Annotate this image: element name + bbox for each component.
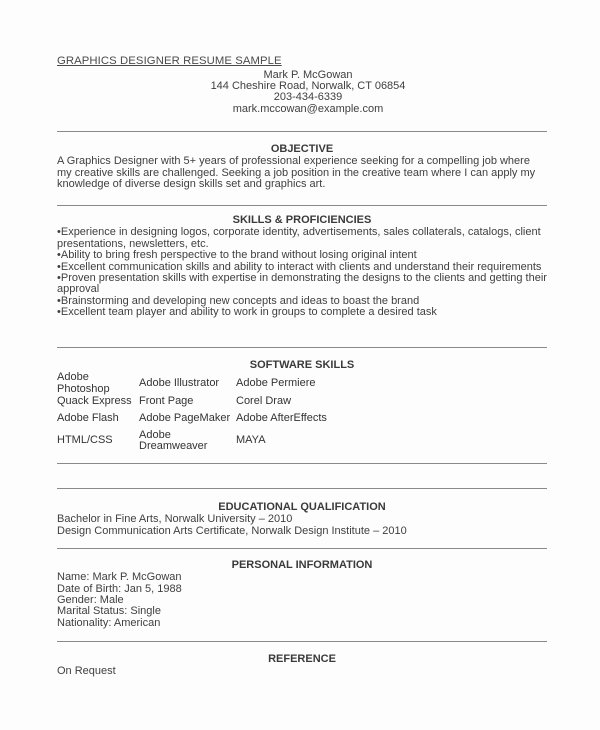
software-row: Quack Express Front Page Corel Draw [57, 395, 327, 408]
software-cell: Adobe Photoshop [57, 372, 139, 394]
divider [57, 205, 547, 206]
software-cell: Adobe PageMaker [139, 408, 236, 430]
personal-item: Marital Status: Single [57, 606, 547, 617]
divider [57, 131, 547, 132]
divider [57, 488, 547, 489]
objective-heading: OBJECTIVE [57, 144, 547, 155]
software-cell: MAYA [236, 430, 327, 452]
software-cell: Adobe Dreamweaver [139, 430, 236, 452]
software-heading: SOFTWARE SKILLS [57, 360, 547, 371]
contact-block: Mark P. McGowan 144 Cheshire Road, Norwa… [63, 70, 553, 115]
education-heading: EDUCATIONAL QUALIFICATION [57, 502, 547, 513]
document-title: GRAPHICS DESIGNER RESUME SAMPLE [57, 56, 282, 67]
reference-heading: REFERENCE [57, 654, 547, 665]
skills-heading: SKILLS & PROFICIENCIES [57, 215, 547, 226]
software-row: Adobe Photoshop Adobe Illustrator Adobe … [57, 372, 327, 394]
divider [57, 548, 547, 549]
software-row: HTML/CSS Adobe Dreamweaver MAYA [57, 430, 327, 452]
education-item: Design Communication Arts Certificate, N… [57, 526, 547, 537]
skill-item: •Proven presentation skills with experti… [57, 273, 547, 296]
divider [57, 463, 547, 464]
reference-text: On Request [57, 666, 547, 677]
skill-item: •Ability to bring fresh perspective to t… [57, 250, 547, 261]
personal-heading: PERSONAL INFORMATION [57, 560, 547, 571]
education-item: Bachelor in Fine Arts, Norwalk Universit… [57, 514, 547, 525]
personal-section: PERSONAL INFORMATION Name: Mark P. McGow… [57, 560, 547, 629]
personal-item: Name: Mark P. McGowan [57, 572, 547, 583]
software-cell: HTML/CSS [57, 430, 139, 452]
contact-phone: 203-434-6339 [63, 92, 553, 103]
software-cell: Corel Draw [236, 395, 327, 408]
objective-section: OBJECTIVE A Graphics Designer with 5+ ye… [57, 144, 547, 191]
personal-item: Nationality: American [57, 618, 547, 629]
software-section: SOFTWARE SKILLS Adobe Photoshop Adobe Il… [57, 360, 547, 452]
software-table: Adobe Photoshop Adobe Illustrator Adobe … [57, 372, 327, 452]
objective-text: A Graphics Designer with 5+ years of pro… [57, 156, 547, 190]
software-cell: Quack Express [57, 395, 139, 408]
skills-section: SKILLS & PROFICIENCIES •Experience in de… [57, 215, 547, 319]
divider [57, 641, 547, 642]
personal-item: Date of Birth: Jan 5, 1988 [57, 584, 547, 595]
software-cell: Adobe Permiere [236, 372, 327, 394]
divider [57, 347, 547, 348]
skill-item: •Experience in designing logos, corporat… [57, 227, 547, 250]
software-cell: Adobe Flash [57, 408, 139, 430]
software-row: Adobe Flash Adobe PageMaker Adobe AfterE… [57, 408, 327, 430]
software-cell: Front Page [139, 395, 236, 408]
personal-list: Name: Mark P. McGowan Date of Birth: Jan… [57, 572, 547, 628]
skills-list: •Experience in designing logos, corporat… [57, 227, 547, 318]
software-cell: Adobe Illustrator [139, 372, 236, 394]
reference-section: REFERENCE On Request [57, 654, 547, 678]
education-list: Bachelor in Fine Arts, Norwalk Universit… [57, 514, 547, 537]
education-section: EDUCATIONAL QUALIFICATION Bachelor in Fi… [57, 502, 547, 537]
contact-email: mark.mccowan@example.com [63, 104, 553, 115]
software-cell: Adobe AfterEffects [236, 408, 327, 430]
skill-item: •Excellent team player and ability to wo… [57, 307, 547, 318]
